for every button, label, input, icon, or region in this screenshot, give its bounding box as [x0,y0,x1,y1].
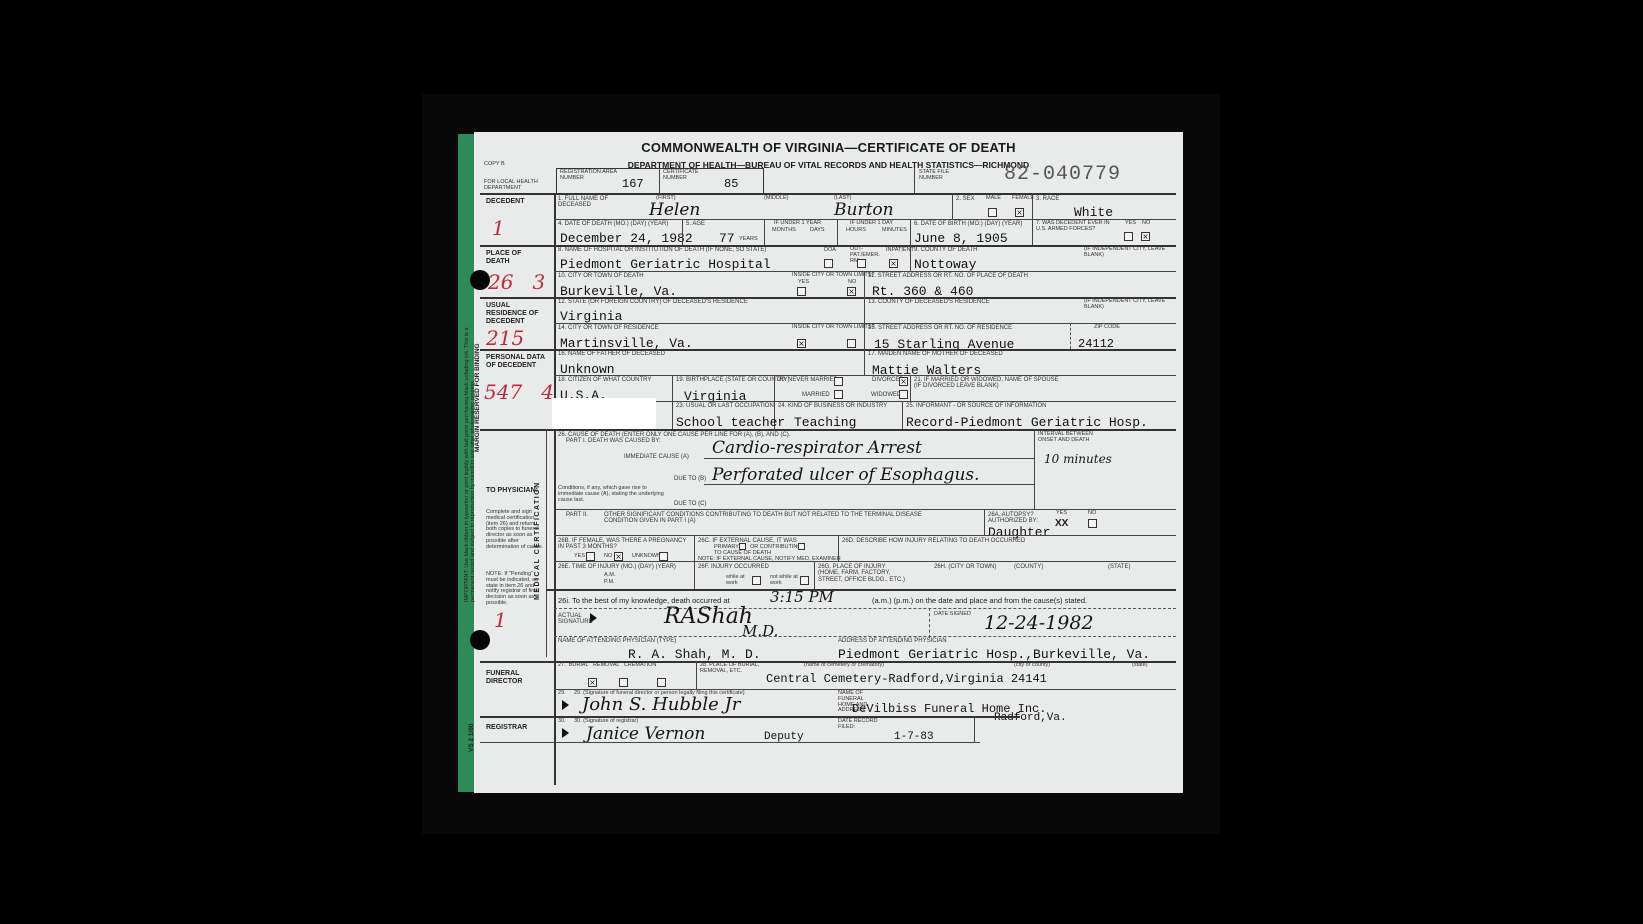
date-of-birth: June 8, 1905 [914,231,1008,246]
signature-arrow-icon [590,613,597,623]
death-time: 3:15 PM [770,588,834,606]
doa-label: DOA [824,248,836,254]
industry-value: Teaching [794,415,856,430]
local-health-label: FOR LOCAL HEALTH DEPARTMENT [484,180,554,192]
section-registrar: REGISTRAR [486,724,527,732]
registration-area-label: REGISTRATION AREA NUMBER [560,170,630,182]
registrar-signature-arrow-icon [562,728,569,738]
death-inside-no-checkbox[interactable]: × [847,287,856,296]
funeral-director-signature: John S. Hubble Jr [582,694,740,715]
under-1-year-label: IF UNDER 1 YEAR [774,221,821,227]
industry-label: 24. KIND OF BUSINESS OR INDUSTRY [778,403,887,409]
part1-label: PART I. DEATH WAS CAUSED BY: [566,438,661,444]
independent-city-note: (if independent city, leave blank) [1084,247,1183,259]
section-place-of-death: PLACE OF DEATH [486,250,546,266]
margin-code-personal: 547 4 [484,380,554,404]
margin-code-physician: 1 [494,608,507,632]
funeral-home-city: Radford,Va. [994,712,1067,724]
injury-occurred-label: 26f. INJURY OCCURRED [698,564,769,570]
immediate-cause: Cardio-respirator Arrest [712,438,922,458]
place-of-injury-label: 26g. PLACE OF INJURY (home, farm, factor… [818,564,908,583]
pregnancy-label: 26b. IF FEMALE, WAS THERE A PREGNANCY IN… [558,538,688,551]
punch-hole-top [470,270,490,290]
not-while-work-checkbox[interactable] [800,576,809,585]
city-of-death-label: 10. CITY OR TOWN OF DEATH [558,273,644,279]
state-file-number: 82-040779 [1004,163,1121,186]
autopsy-no-label: no [1088,511,1096,517]
age-unit: years [739,237,758,243]
cremation-checkbox[interactable] [657,678,666,687]
part2-text: OTHER SIGNIFICANT CONDITIONS CONTRIBUTIN… [604,512,924,525]
am-label: A.M. [604,573,615,579]
age-label: 5. AGE [686,221,705,227]
married-checkbox[interactable] [834,390,843,399]
hospital-label: 8. NAME OF HOSPITAL OR INSTITUTION OF DE… [558,247,766,253]
death-street-label: 11. STREET ADDRESS OR RT. NO. OF PLACE O… [868,273,1028,279]
item-30-number: 30. [558,719,566,725]
physician-signature: RAShah [664,604,753,629]
spouse-label: 21. IF MARRIED OR WIDOWED, NAME OF SPOUS… [914,377,1064,390]
not-while-work-label: not while at work [770,575,800,587]
due-to-c-label: DUE TO (C) [674,501,706,507]
autopsy-no-checkbox[interactable] [1088,519,1097,528]
state-column-label: (state) [1132,663,1148,669]
section-to-physician: TO PHYSICIAN: [486,487,538,495]
pregnancy-unknown-checkbox[interactable] [659,552,668,561]
removal-checkbox[interactable] [619,678,628,687]
armed-forces-label: 7. WAS DECEDENT EVER IN U.S. ARMED FORCE… [1036,221,1116,233]
autopsy-label: 26a. AUTOPSY? AUTHORIZED BY: [988,512,1048,525]
state-file-label: STATE FILE NUMBER [919,170,959,182]
time-of-injury-label: 26e. TIME OF INJURY (mo.) (day) (year) [558,564,676,570]
inside-limits-label: inside city or town limits? [792,273,875,279]
pregnancy-yes-checkbox[interactable] [586,552,595,561]
female-label: female [1012,196,1034,202]
certificate-number: 85 [724,177,738,191]
inside-no-label: no [848,280,856,286]
margin-code-place: 26 3 [488,270,545,294]
section-personal-data: PERSONAL DATA OF DECEDENT [486,354,546,370]
physician-name-label: NAME OF ATTENDING PHYSICIAN (type) [558,638,676,644]
date-signed: 12-24-1982 [984,612,1094,634]
informant-value: Record-Piedmont Geriatric Hosp. [906,415,1148,430]
registrar-signature: Janice Vernon [586,724,705,744]
married-label: MARRIED [802,392,830,398]
residence-inside-yes-checkbox[interactable]: × [797,339,806,348]
autopsy-yes-mark[interactable]: XX [1055,518,1068,529]
disposition-label: 27. BURIAL REMOVAL CREMATION [558,663,656,669]
never-married-checkbox[interactable] [834,377,843,386]
inside-yes-label: yes [798,280,809,286]
residence-street-label: 15. STREET ADDRESS OR RT. NO. OF RESIDEN… [868,325,1012,331]
citizen-label: 18. CITIZEN OF WHAT COUNTRY [558,377,651,383]
residence-inside-no-checkbox[interactable] [847,339,856,348]
residence-city-label: 14. CITY OR TOWN OF RESIDENCE [558,325,659,331]
cemetery-column-label: (name of cemetery or crematory) [804,663,884,669]
injury-state-label: (state) [1108,564,1130,570]
minutes-label: minutes [882,228,907,234]
medical-certification-label: MEDICAL CERTIFICATION [534,481,541,600]
race-label: 3. RACE [1036,196,1059,202]
interval-value: 10 minutes [1044,452,1112,466]
interval-label: INTERVAL BETWEEN ONSET AND DEATH [1038,432,1108,444]
physician-title: M.D. [742,622,778,640]
days-label: days [810,228,825,234]
full-name-label: 1. FULL NAME OF DECEASED [558,196,618,209]
county-of-death-label: 9. COUNTY OF DEATH [914,247,977,253]
death-certificate: COMMONWEALTH OF VIRGINIA—CERTIFICATE OF … [474,132,1183,793]
section-funeral-director: FUNERAL DIRECTOR [486,670,546,686]
informant-label: 25. INFORMANT - OR SOURCE OF INFORMATION [906,403,1046,409]
knowledge-suffix: (a.m.) (p.m.) on the date and place and … [872,596,1087,605]
certificate-number-label: CERTIFICATE NUMBER [663,170,723,182]
redacted-ssn [552,398,656,430]
city-column-label: (city or county) [1014,663,1050,669]
injury-city-label: 26h. (city or town) [934,564,996,570]
registration-area-number: 167 [622,177,644,191]
occupation-label: 23. USUAL OR LAST OCCUPATION [676,403,774,409]
margin-code-residence: 215 [486,326,524,350]
doa-checkbox[interactable] [824,259,833,268]
occupation-value: School teacher [676,415,785,430]
date-of-death: December 24, 1982 [560,231,693,246]
pm-label: P.M. [604,580,615,586]
part2-label: PART II. [566,512,588,518]
dob-label: 6. DATE OF BIRTH (mo.) (day) (year) [914,221,1024,227]
item-29-number: 29. [558,691,566,697]
date-signed-label: DATE SIGNED [934,612,971,618]
birthplace-label: 19. BIRTHPLACE (state or country) [676,377,790,383]
while-at-work-checkbox[interactable] [752,576,761,585]
widowed-checkbox[interactable] [899,390,908,399]
county-of-death: Nottoway [914,257,976,272]
contributing-checkbox[interactable] [798,543,805,550]
residence-state-label: 12. STATE (OR FOREIGN COUNTRY) OF DECEAS… [558,299,748,305]
sex-label: 2. SEX [956,196,975,202]
date-of-death-label: 4. DATE OF DEATH (mo.) (day) (year) [558,221,678,227]
death-inside-yes-checkbox[interactable] [797,287,806,296]
inpatient-checkbox[interactable]: × [889,259,898,268]
physician-address: Piedmont Geriatric Hosp.,Burkeville, Va. [838,647,1150,662]
widowed-label: WIDOWED [871,392,901,398]
male-label: male [986,196,1001,202]
residence-county-label: 13. COUNTY OF DECEASED'S RESIDENCE [868,299,990,305]
decedent-last-name: Burton [834,200,894,220]
date-filed-label: DATE RECORD FILED: [838,719,888,731]
injury-description-label: 26d. DESCRIBE HOW INJURY RELATING TO DEA… [842,538,1025,544]
residence-independent-note: (if independent city, leave blank) [1084,299,1183,311]
injury-county-label: (county) [1014,564,1043,570]
res-inside-limits-label: inside city or town limits? [792,325,875,331]
never-married-label: 20. NEVER MARRIED [778,377,838,383]
pregnancy-yes-label: yes [574,554,585,560]
armed-yes-checkbox[interactable] [1124,232,1133,241]
residence-state: Virginia [560,309,622,324]
punch-hole-bottom [470,630,490,650]
middle-name-label: (middle) [764,196,788,202]
age-value: 77 [719,231,735,246]
decedent-first-name: Helen [649,200,700,220]
pregnancy-no-checkbox[interactable]: × [614,552,623,561]
burial-place: Central Cemetery-Radford,Virginia 24141 [766,672,1047,686]
physician-address-label: ADDRESS OF ATTENDING PHYSICIAN [838,638,947,644]
divorced-checkbox[interactable]: × [899,377,908,386]
hospital-value: Piedmont Geriatric Hospital [560,257,771,272]
pregnancy-unknown-label: unknown [632,554,661,560]
pregnancy-no-label: no [604,554,612,560]
immediate-cause-label: IMMEDIATE CAUSE (A) [624,454,689,460]
autopsy-yes-label: yes [1056,511,1067,517]
sex-female-checkbox[interactable]: × [1015,208,1024,217]
important-note: IMPORTANT: Use black ribbon in typewrite… [464,322,476,602]
race-value: White [1074,205,1113,220]
outpatient-checkbox[interactable] [857,259,866,268]
section-decedent: DECEDENT [486,198,525,206]
copy-label: COPY B [484,162,505,168]
margin-code-decedent: 1 [492,216,505,240]
sex-male-checkbox[interactable] [988,208,997,217]
funeral-signature-arrow-icon [562,700,569,710]
physician-name: R. A. Shah, M. D. [628,647,761,662]
conditions-note: Conditions, if any, which gave rise to i… [558,486,668,503]
under-1-day-label: IF UNDER 1 DAY [850,221,893,227]
section-usual-residence: USUAL RESIDENCE OF DECEDENT [486,302,550,326]
hours-label: hours [846,228,866,234]
months-label: months [772,228,796,234]
mother-label: 17. MAIDEN NAME OF MOTHER OF DECEASED [868,351,1003,357]
armed-no-checkbox[interactable]: × [1141,232,1150,241]
while-at-work-label: while at work [726,575,752,587]
form-id: VS 2 1/80 [468,723,475,752]
certificate-title: COMMONWEALTH OF VIRGINIA—CERTIFICATE OF … [474,140,1183,155]
father-label: 16. NAME OF FATHER OF DECEASED [558,351,665,357]
due-to-b-label: DUE TO (B) [674,476,706,482]
primary-checkbox[interactable] [739,543,746,550]
zip-label: ZIP CODE [1094,325,1120,331]
cause-b: Perforated ulcer of Esophagus. [712,465,980,485]
burial-checkbox[interactable]: × [588,678,597,687]
place-of-burial-label: 28. PLACE OF BURIAL, REMOVAL, ETC. [700,663,760,675]
armed-yes-label: yes [1125,221,1136,227]
armed-no-label: no [1142,221,1150,227]
